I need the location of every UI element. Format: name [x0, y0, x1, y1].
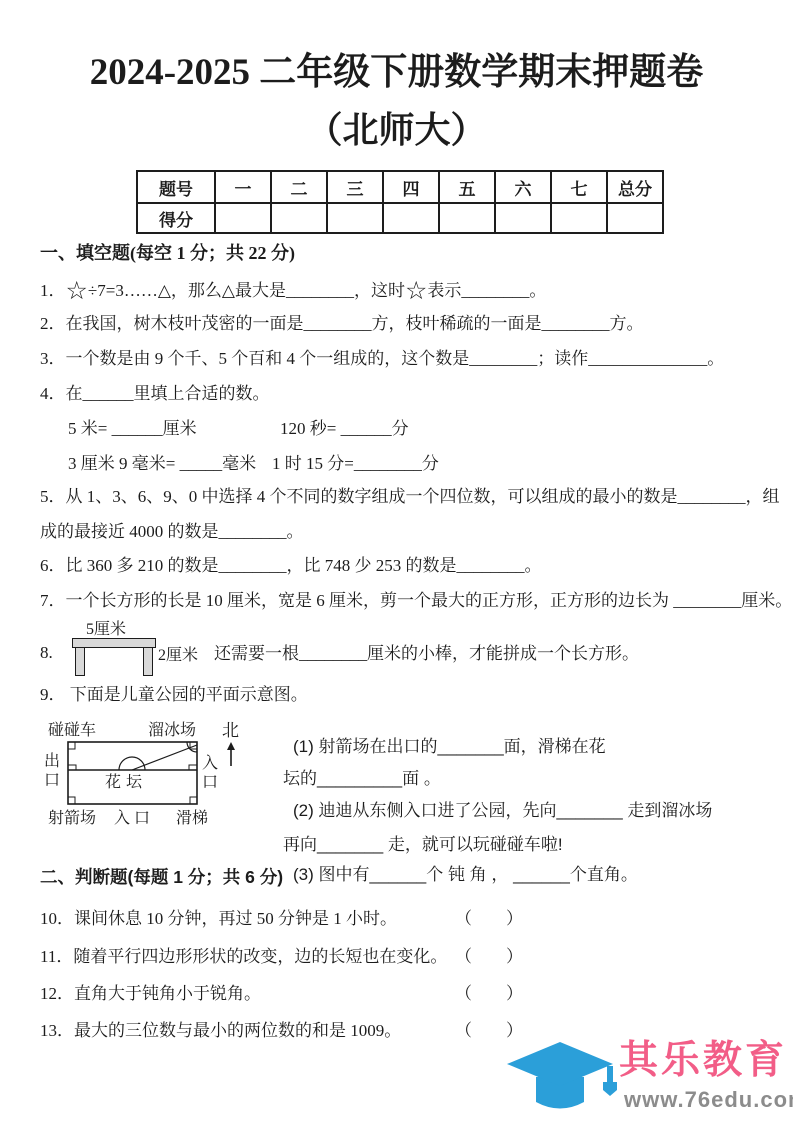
question-9-sub-1-cont: 坛的_________面 。	[283, 768, 441, 790]
score-cell	[327, 203, 383, 233]
score-table-header-cell: 三	[327, 171, 383, 203]
question-12: 12．直角大于钝角小于锐角。 （ ）	[40, 983, 600, 1005]
score-cell	[495, 203, 551, 233]
question-9-sub-3: (3) 图中有______个 钝 角 ， ______个直角。	[293, 864, 638, 886]
question-13-text: 13．最大的三位数与最小的两位数的和是 1009。	[40, 1021, 401, 1040]
question-1-number: 1．	[40, 281, 66, 300]
question-4-conversion-b1: 3 厘米 9 毫米= _____毫米	[68, 453, 256, 475]
score-table: 题号 一 二 三 四 五 六 七 总分 得分	[136, 170, 664, 234]
question-11-text: 11．随着平行四边形形状的改变，边的长短也在变化。	[40, 947, 447, 966]
question-8-figure: 5厘米 2厘米	[72, 616, 198, 678]
table-row: 得分	[137, 203, 663, 233]
map-label-entrance-east: 入口	[202, 754, 220, 792]
answer-parentheses: （ ）	[455, 946, 523, 968]
question-9-sub-1: (1) 射箭场在出口的_______面，滑梯在花	[293, 736, 606, 758]
question-4-conversion-a1: 5 米= ______厘米	[68, 418, 197, 440]
score-table-header-cell: 六	[495, 171, 551, 203]
question-6: 6．比 360 多 210 的数是________，比 748 少 253 的数…	[40, 555, 542, 577]
question-1-text: 表示________。	[427, 281, 546, 300]
question-7: 7．一个长方形的长是 10 厘米，宽是 6 厘米，剪一个最大的正方形，正方形的边…	[40, 590, 792, 612]
answer-parentheses: （ ）	[455, 908, 523, 930]
length-label-5cm: 5厘米	[86, 616, 126, 639]
star-icon: ☆	[405, 278, 427, 305]
question-4: 4．在______里填上合适的数。	[40, 383, 270, 405]
exam-paper-page: 2024-2025 二年级下册数学期末押题卷 （北师大） 题号 一 二 三 四 …	[0, 0, 793, 1122]
question-8-text: 还需要一根________厘米的小棒，才能拼成一个长方形。	[214, 643, 639, 665]
star-icon: ☆	[66, 278, 88, 305]
park-map-figure: 碰碰车 溜冰场 出口 入口 花坛 射箭场 入口 滑梯 北	[38, 716, 250, 846]
question-4-conversion-b2: 1 时 15 分=________分	[272, 453, 439, 475]
question-8-number: 8.	[40, 642, 53, 664]
score-table-header-cell: 七	[551, 171, 607, 203]
map-label-exit: 出口	[44, 752, 62, 790]
question-12-text: 12．直角大于钝角小于锐角。	[40, 984, 261, 1003]
site-url: www.76edu.com	[624, 1087, 793, 1113]
table-row: 题号 一 二 三 四 五 六 七 总分	[137, 171, 663, 203]
score-table-header-cell: 四	[383, 171, 439, 203]
question-9: 9． 下面是儿童公园的平面示意图。	[40, 684, 308, 706]
section1-heading: 一、填空题(每空 1 分；共 22 分)	[40, 242, 295, 264]
question-9-sub-2-cont: 再向_______ 走，就可以玩碰碰车啦!	[283, 834, 563, 856]
score-table-header-cell: 一	[215, 171, 271, 203]
question-4-conversion-a2: 120 秒= ______分	[280, 418, 409, 440]
question-3: 3．一个数是由 9 个千、5 个百和 4 个一组成的，这个数是________；…	[40, 348, 724, 370]
score-cell	[439, 203, 495, 233]
question-9-sub-2: (2) 迪迪从东侧入口进了公园，先向_______ 走到溜冰场	[293, 800, 712, 822]
map-label-north: 北	[222, 722, 239, 740]
score-cell	[383, 203, 439, 233]
question-5-line2: 成的最接近 4000 的数是________。	[40, 521, 304, 543]
stick-left-leg	[75, 647, 85, 676]
length-label-2cm: 2厘米	[158, 642, 198, 665]
score-label-cell: 得分	[137, 203, 215, 233]
stick-right-leg	[143, 647, 153, 676]
score-table-header-cell: 二	[271, 171, 327, 203]
page-subtitle: （北师大）	[0, 106, 793, 154]
question-5-line1: 5．从 1、3、6、9、0 中选择 4 个不同的数字组成一个四位数，可以组成的最…	[40, 486, 780, 508]
page-title: 2024-2025 二年级下册数学期末押题卷	[0, 48, 793, 98]
brand-name: 其乐教育	[619, 1039, 787, 1083]
question-1: 1．☆÷7=3……△，那么△最大是________，这时☆表示________。	[40, 276, 546, 307]
score-cell	[271, 203, 327, 233]
section2-heading: 二、判断题(每题 1 分；共 6 分)	[40, 866, 283, 888]
logo: 其乐教育 www.76edu.com	[495, 1035, 793, 1122]
score-table-header-cell: 题号	[137, 171, 215, 203]
north-arrow-icon	[227, 742, 235, 766]
question-10-text: 10．课间休息 10 分钟，再过 50 分钟是 1 小时。	[40, 909, 397, 928]
question-11: 11．随着平行四边形形状的改变，边的长短也在变化。 （ ）	[40, 946, 600, 968]
score-cell	[215, 203, 271, 233]
map-label-archery-field: 射箭场	[48, 810, 96, 828]
score-table-header-cell: 五	[439, 171, 495, 203]
question-1-text: ÷7=3……△，那么△最大是________，这时	[88, 281, 405, 300]
question-10: 10．课间休息 10 分钟，再过 50 分钟是 1 小时。 （ ）	[40, 908, 600, 930]
answer-parentheses: （ ）	[455, 983, 523, 1005]
map-label-flower-bed: 花坛	[105, 774, 147, 792]
graduation-cap-icon	[503, 1039, 623, 1119]
map-label-slide: 滑梯	[176, 810, 208, 828]
score-cell	[607, 203, 663, 233]
map-label-bumper-cars: 碰碰车	[48, 722, 96, 740]
map-label-skating-rink: 溜冰场	[148, 722, 196, 740]
question-2: 2．在我国，树木枝叶茂密的一面是________方，枝叶稀疏的一面是______…	[40, 313, 644, 335]
score-table-header-cell: 总分	[607, 171, 663, 203]
map-label-entrance-south: 入口	[114, 810, 154, 828]
score-cell	[551, 203, 607, 233]
